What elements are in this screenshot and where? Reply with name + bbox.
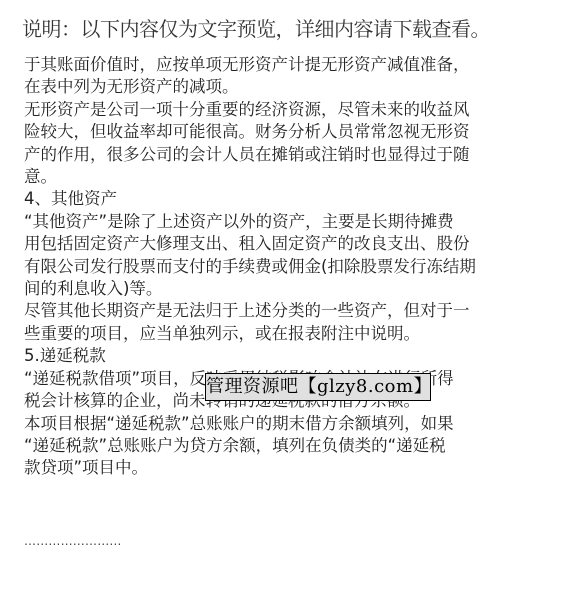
text-line: “其他资产”是除了上述资产以外的资产，主要是长期待摊费	[24, 211, 554, 233]
text-line: 产的作用，很多公司的会计人员在摊销或注销时也显得过于随	[24, 144, 554, 166]
text-line: 本项目根据“递延税款”总账账户的期末借方余额填列，如果	[24, 413, 554, 435]
watermark-banner: 管理资源吧【glzy8.com】	[205, 373, 431, 401]
text-line: “递延税款”总账账户为贷方余额，填列在负债类的“递延税	[24, 435, 554, 457]
text-line: 尽管其他长期资产是无法归于上述分类的一些资产，但对于一	[24, 300, 554, 322]
text-line: 款贷项”项目中。	[24, 457, 554, 479]
section-heading: 4、其他资产	[24, 188, 554, 210]
text-line: 间的利息收入)等。	[24, 278, 554, 300]
text-line: 些重要的项目，应当单独列示，或在报表附注中说明。	[24, 323, 554, 345]
preview-notice: 说明：以下内容仅为文字预览，详细内容请下载查看。	[22, 14, 490, 44]
section-heading: 5.递延税款	[24, 345, 554, 367]
text-line: 险较大，但收益率却可能很高。财务分析人员常常忽视无形资	[24, 121, 554, 143]
truncation-ellipsis: ……………………	[24, 534, 122, 548]
text-line: 意。	[24, 166, 554, 188]
text-line: 在表中列为无形资产的减项。	[24, 76, 554, 98]
document-body: 于其账面价值时，应按单项无形资产计提无形资产减值准备， 在表中列为无形资产的减项…	[24, 54, 554, 480]
text-line: 无形资产是公司一项十分重要的经济资源，尽管未来的收益风	[24, 99, 554, 121]
text-line: 于其账面价值时，应按单项无形资产计提无形资产减值准备，	[24, 54, 554, 76]
text-line: 有限公司发行股票而支付的手续费或佣金(扣除股票发行冻结期	[24, 256, 554, 278]
text-line: 用包括固定资产大修理支出、租入固定资产的改良支出、股份	[24, 233, 554, 255]
